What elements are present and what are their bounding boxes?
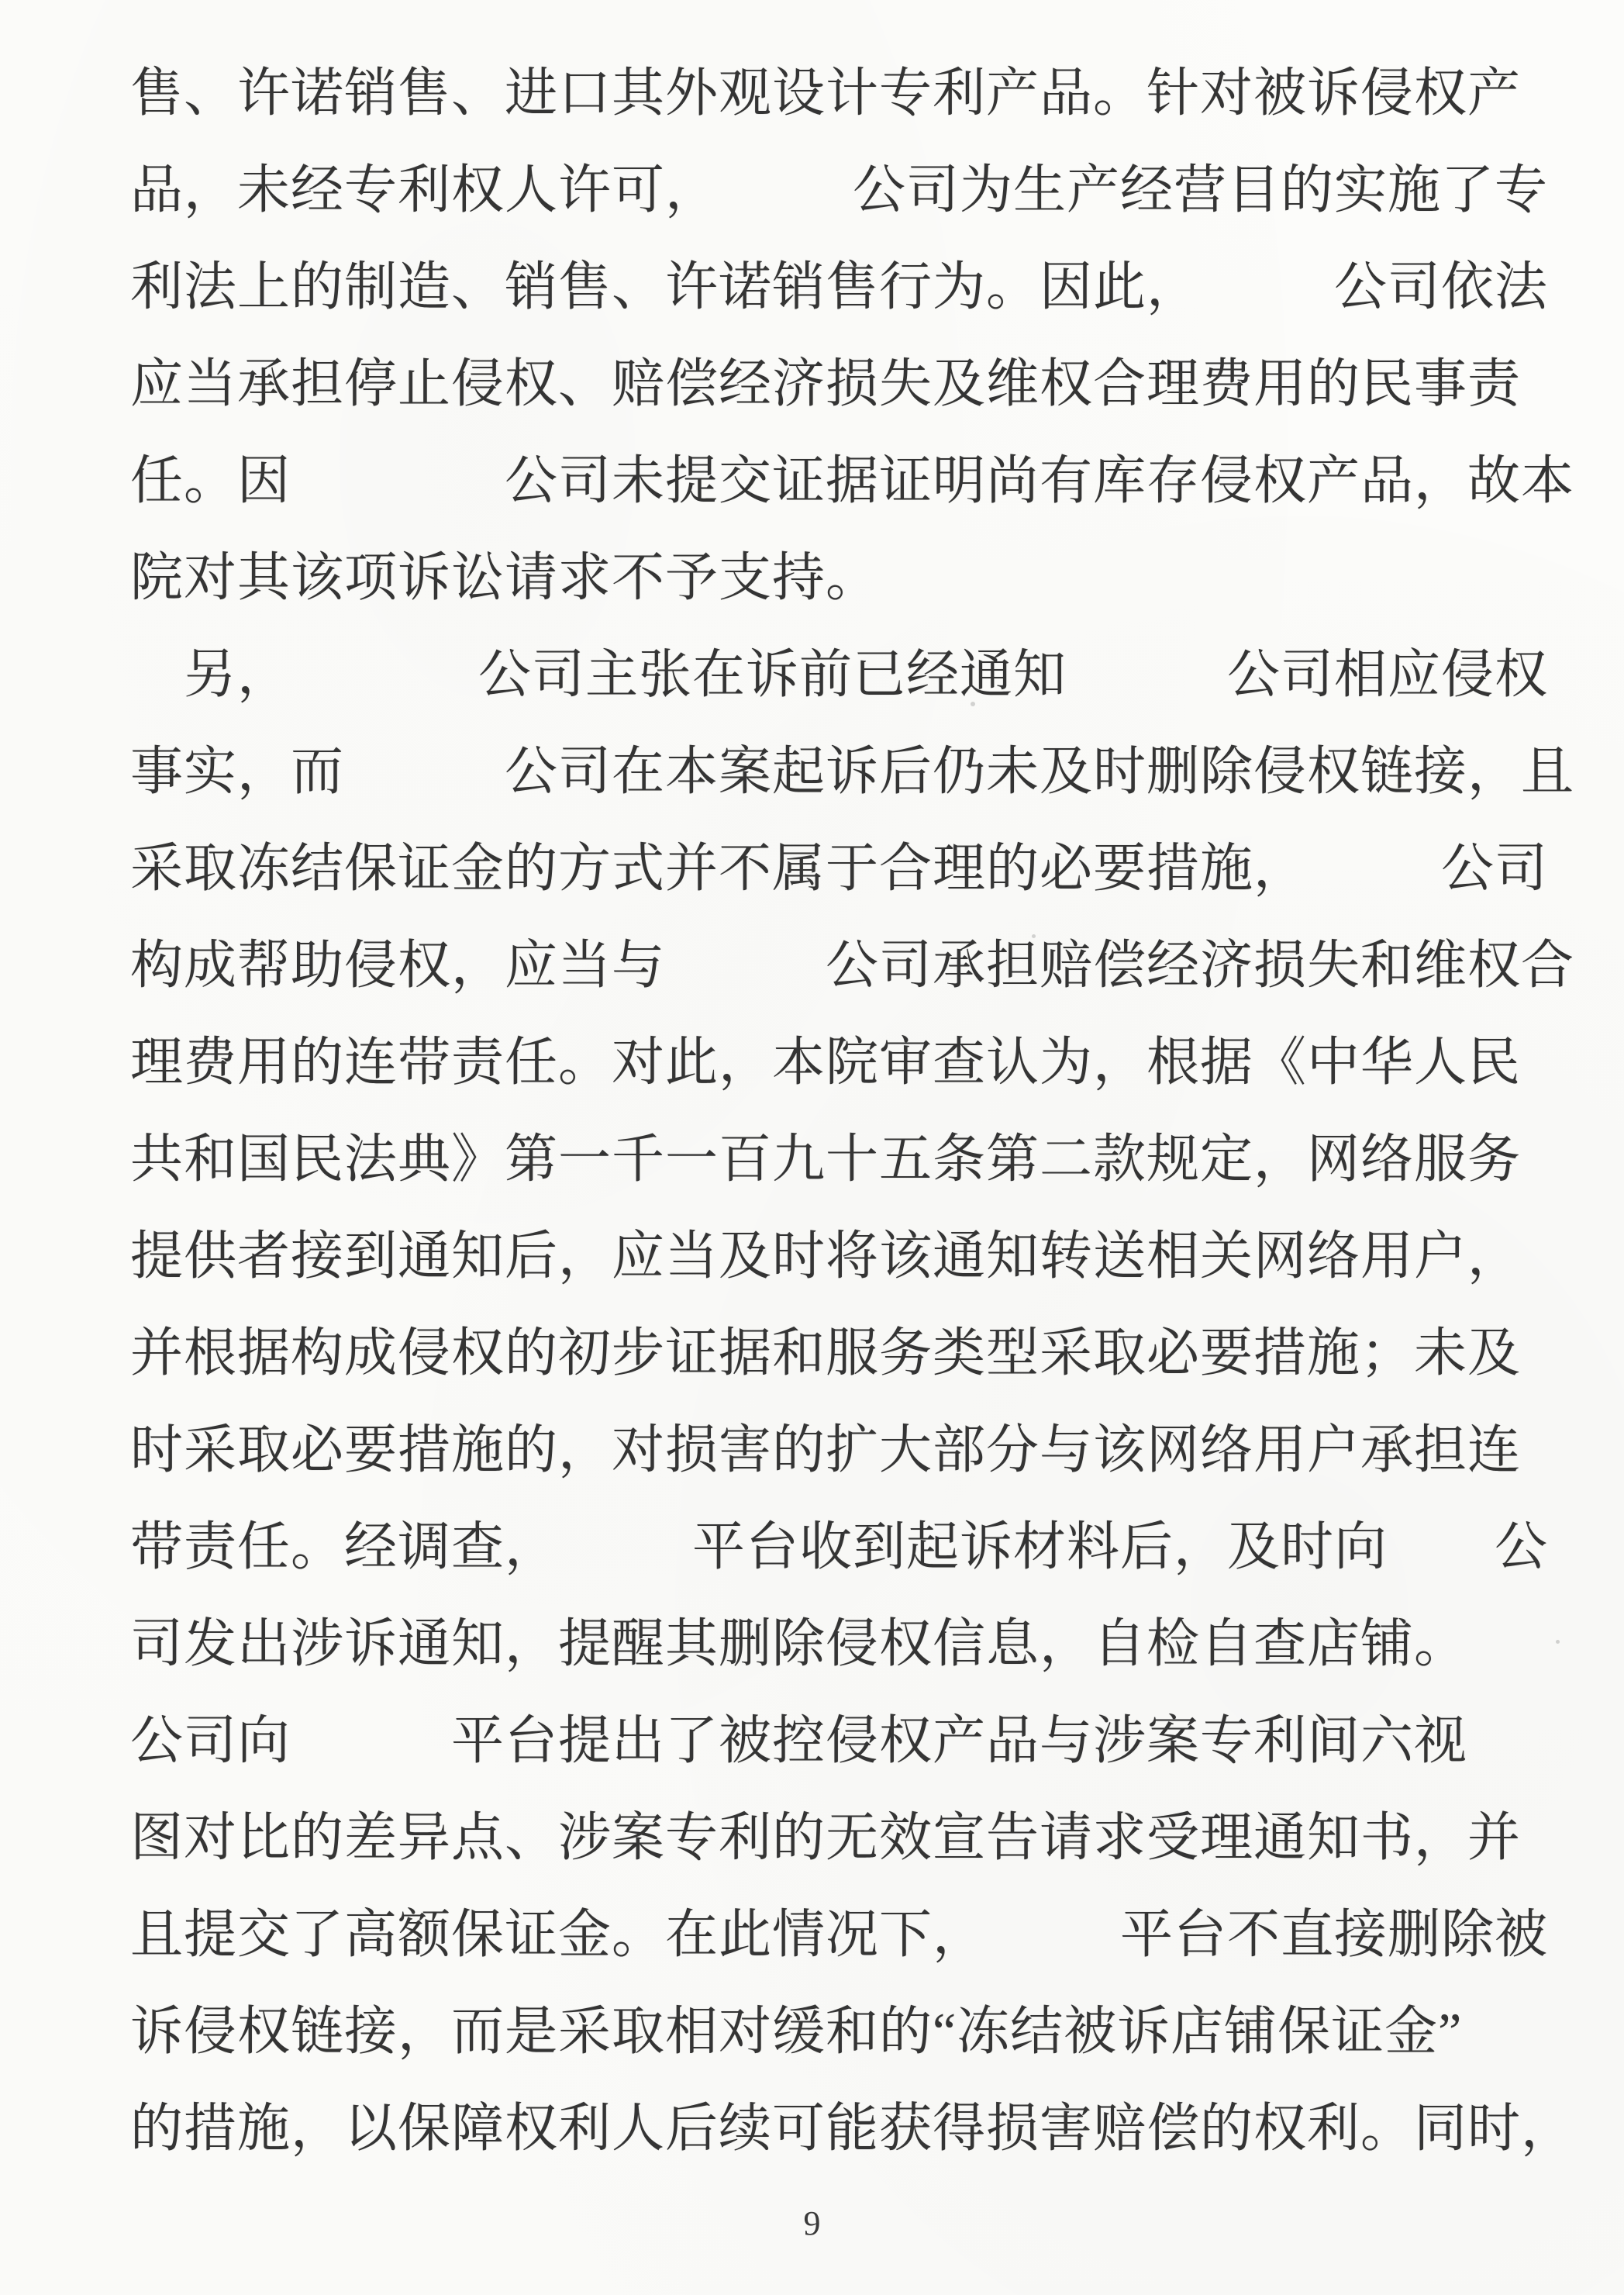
- text-line: 司发出涉诉通知，提醒其删除侵权信息，自检自查店铺。: [130, 1596, 1577, 1693]
- text-line: 且提交了高额保证金。在此情况下， 平台不直接删除被: [130, 1886, 1577, 1983]
- text-line: 时采取必要措施的，对损害的扩大部分与该网络用户承担连: [130, 1402, 1577, 1499]
- scan-speck: [971, 702, 975, 706]
- text-line: 院对其该项诉讼请求不予支持。: [130, 530, 1577, 626]
- text-line: 的措施，以保障权利人后续可能获得损害赔偿的权利。同时，: [130, 2080, 1577, 2177]
- text-line: 图对比的差异点、涉案专利的无效宣告请求受理通知书，并: [130, 1789, 1577, 1886]
- text-line: 利法上的制造、销售、许诺销售行为。因此， 公司依法: [130, 239, 1577, 336]
- text-line paragraph-start: 公司向 平台提出了被控侵权产品与涉案专利间六视: [130, 1693, 1577, 1789]
- text-line: 品，未经专利权人许可， 公司为生产经营目的实施了专: [130, 142, 1577, 239]
- text-line: 任。因 公司未提交证据证明尚有库存侵权产品，故本: [130, 433, 1577, 530]
- text-line: 提供者接到通知后，应当及时将该通知转送相关网络用户，: [130, 1208, 1577, 1305]
- text-line: 构成帮助侵权，应当与 公司承担赔偿经济损失和维权合: [130, 917, 1577, 1014]
- text-line: 理费用的连带责任。对此，本院审查认为，根据《中华人民: [130, 1014, 1577, 1111]
- text-line: 采取冻结保证金的方式并不属于合理的必要措施， 公司: [130, 820, 1577, 917]
- text-line: 带责任。经调查， 平台收到起诉材料后，及时向 公: [130, 1499, 1577, 1596]
- scan-speck: [1556, 1640, 1560, 1644]
- text-line: 应当承担停止侵权、赔偿经济损失及维权合理费用的民事责: [130, 336, 1577, 433]
- page-number: 9: [0, 2200, 1624, 2247]
- text-line paragraph-start: 另， 公司主张在诉前已经通知 公司相应侵权: [130, 626, 1577, 723]
- scan-speck: [1032, 934, 1036, 938]
- text-line: 诉侵权链接，而是采取相对缓和的“冻结被诉店铺保证金”: [130, 1983, 1577, 2080]
- text-line: 事实，而 公司在本案起诉后仍未及时删除侵权链接，且: [130, 723, 1577, 820]
- scanned-document-page: 售、许诺销售、进口其外观设计专利产品。针对被诉侵权产 品，未经专利权人许可， 公…: [0, 0, 1624, 2295]
- text-line: 售、许诺销售、进口其外观设计专利产品。针对被诉侵权产: [130, 45, 1577, 142]
- text-line: 共和国民法典》第一千一百九十五条第二款规定，网络服务: [130, 1111, 1577, 1208]
- judgment-text-block: 售、许诺销售、进口其外观设计专利产品。针对被诉侵权产 品，未经专利权人许可， 公…: [130, 45, 1577, 2177]
- text-line: 并根据构成侵权的初步证据和服务类型采取必要措施；未及: [130, 1305, 1577, 1402]
